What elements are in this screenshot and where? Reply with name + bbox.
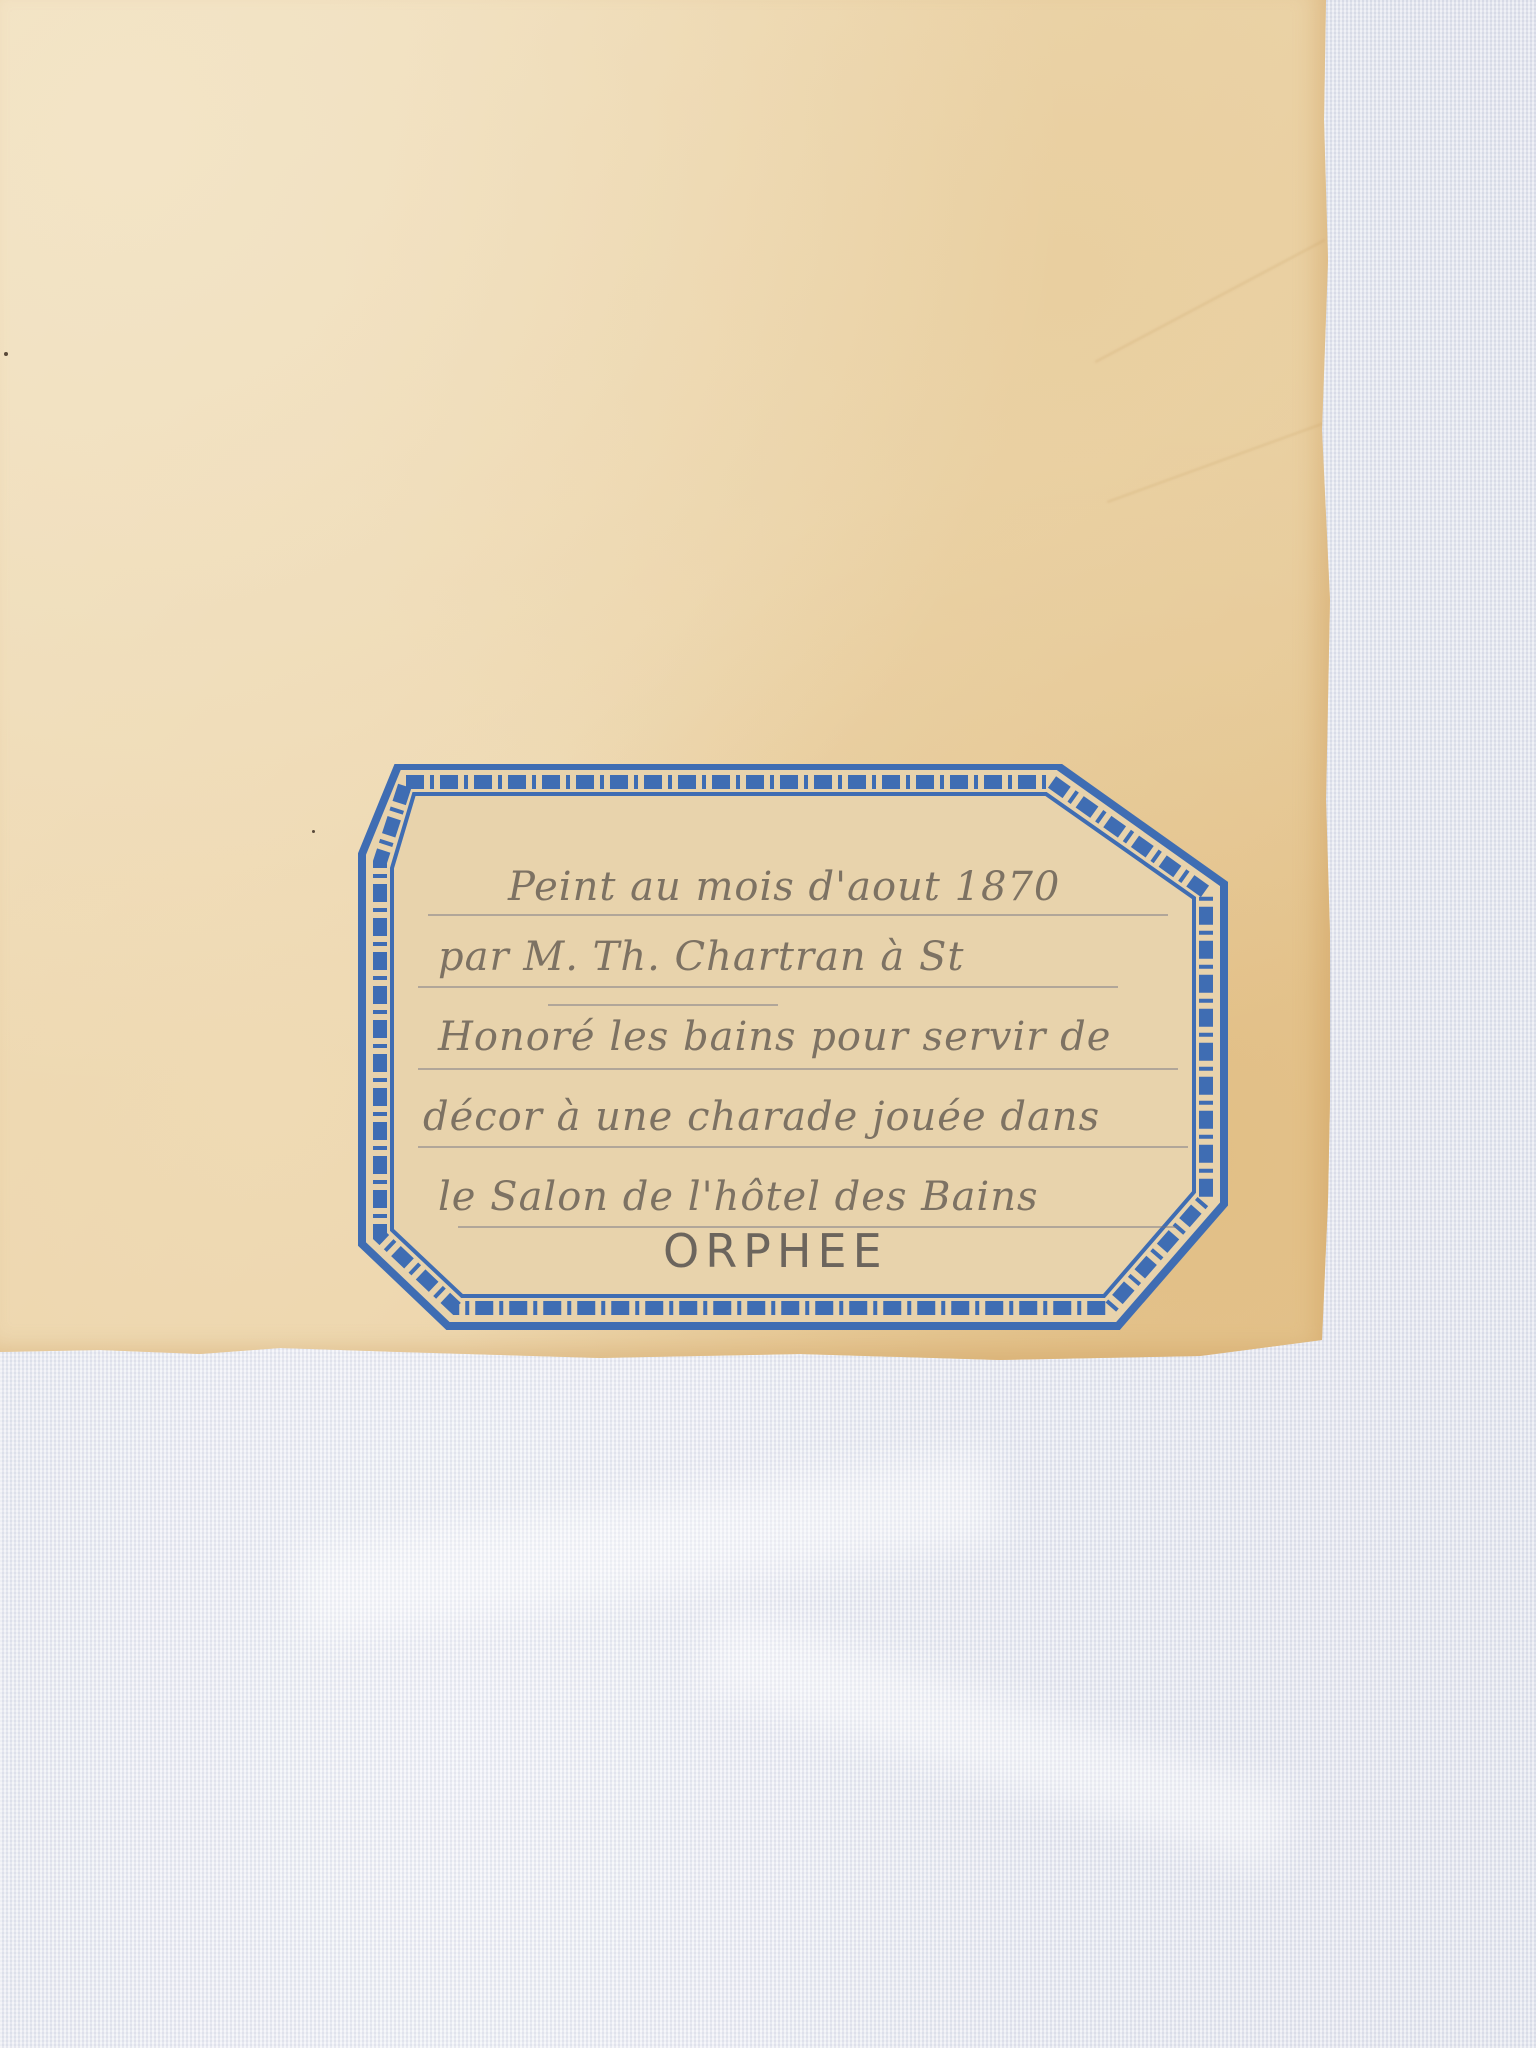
- label-line-4: décor à une charade jouée dans: [423, 1094, 1295, 1140]
- aged-paper-sheet: Peint au mois d'aout 1870 par M. Th. Cha…: [0, 0, 1330, 1362]
- label-line-1: Peint au mois d'aout 1870: [508, 864, 1380, 910]
- label-line-3: Honoré les bains pour servir de: [438, 1014, 1310, 1060]
- octagonal-label: Peint au mois d'aout 1870 par M. Th. Cha…: [358, 764, 1230, 1330]
- paper-speck: [312, 830, 315, 833]
- ruled-line: [418, 986, 1118, 988]
- label-line-5: le Salon de l'hôtel des Bains: [438, 1174, 1310, 1220]
- label-title: ORPHEE: [663, 1224, 888, 1278]
- ruled-line: [418, 1146, 1188, 1148]
- ruled-line: [418, 1068, 1178, 1070]
- label-line-2: par M. Th. Chartran à St: [438, 934, 1310, 980]
- name-underline: [548, 1004, 778, 1006]
- ruled-line: [428, 914, 1168, 916]
- paper-speck: [4, 352, 8, 356]
